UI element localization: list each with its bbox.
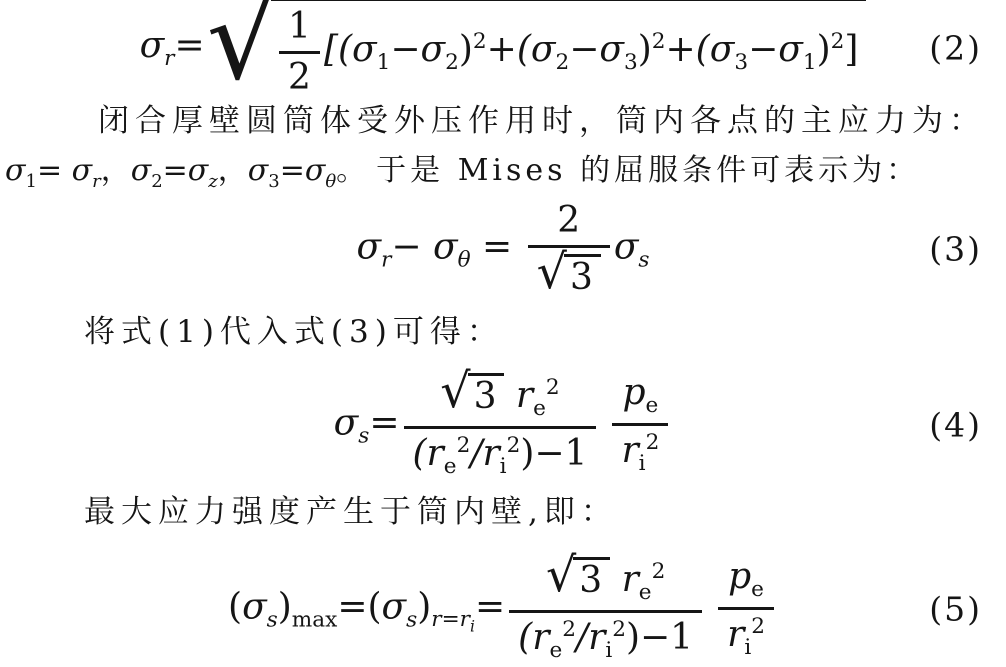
r-variable: r [516,375,533,416]
superscript: 2 [473,29,487,54]
equation-number-4: (4) [929,406,982,445]
math-term: )−1 [520,433,587,474]
equation-2-math: σr=√12[(σ1−σ2)2+(σ2−σ3)2+(σ3−σ1)2] [140,0,867,98]
numerator: √3 re2 [509,555,702,613]
math-term: (r [413,433,444,474]
numerator: pe [718,557,774,610]
radicand: 3 [573,557,610,599]
subscript: i [500,454,507,479]
math-term: +(σ [487,29,556,70]
comma: ， [101,153,131,188]
equation-5: (σs)max=(σs)r=ri=√3 re2(re2/ri2)−1peri2 … [0,550,1006,667]
radical-sign: √ [537,254,567,291]
paragraph-1-line-2: σ1= σr，σ2=σz，σ3=σθ。于是 Mises 的屈服条件可表示为： [5,150,920,194]
radicand: 12[(σ1−σ2)2+(σ2−σ3)2+(σ3−σ1)2] [271,0,866,98]
math-term: −σ [390,29,445,70]
equals-sign: = [471,226,524,267]
open-paren: ( [368,586,382,627]
equation-number-5: (5) [929,590,982,629]
equation-3: σr− σθ = 2√3σs (3) [0,200,1006,298]
equation-2: σr=√12[(σ1−σ2)2+(σ2−σ3)2+(σ3−σ1)2] (2) [0,0,1006,96]
sigma-variable: σ [140,25,165,66]
square-root: √3 [537,254,601,296]
math-term: +(σ [666,29,735,70]
comma: ， [218,153,248,188]
p-variable: p [622,372,645,413]
subscript: 3 [624,50,638,75]
sigma-variable: σ [188,153,208,188]
r-variable: r [727,614,744,655]
subscript-condition: r=ri [431,607,475,632]
subscript: i [639,451,646,476]
numerator: 2 [528,201,610,248]
subscript: e [549,638,562,663]
sigma-variable: σ [5,153,25,188]
sigma-variable: σ [242,586,267,627]
denominator: ri2 [718,610,774,661]
superscript: 2 [457,433,471,458]
math-term: (r [518,617,549,658]
math-term: /r [576,617,605,658]
equals-sign: = [280,153,305,188]
equation-5-math: (σs)max=(σs)r=ri=√3 re2(re2/ri2)−1peri2 [228,555,778,664]
close-paren: ) [278,586,292,627]
math-term: [(σ [324,29,377,70]
equation-4-math: σs=√3 re2(re2/ri2)−1peri2 [334,371,673,480]
sigma-variable: σ [248,153,268,188]
equation-number-3: (3) [929,230,982,269]
denominator: (re2/ri2)−1 [509,613,702,664]
subscript: θ [458,247,471,272]
superscript: 2 [652,29,666,54]
fraction-main: √3 re2(re2/ri2)−1 [509,555,702,664]
subscript: r [164,46,174,71]
subscript: e [444,454,457,479]
subscript: e [646,393,659,418]
denominator: ri2 [612,426,668,477]
math-term: r=r [431,607,470,632]
superscript: 2 [507,433,521,458]
subscript: θ [325,171,336,192]
sigma-variable: σ [356,226,381,267]
math-term: ) [459,29,473,70]
superscript: 2 [831,29,845,54]
radicand: 3 [468,373,505,415]
numerator: 1 [279,7,320,54]
equals-sign: = [175,25,205,66]
sigma-variable: σ [305,153,325,188]
equation-4: σs=√3 re2(re2/ri2)−1peri2 (4) [0,366,1006,484]
paragraph-1-line-1: 闭合厚壁圆筒体受外压作用时，筒内各点的主应力为： [98,100,986,143]
math-term: −σ [569,29,624,70]
close-paren: ) [417,586,431,627]
sigma-variable: σ [334,402,359,443]
superscript: 2 [612,617,626,642]
numerator: √3 re2 [404,371,597,429]
sigma-variable: σ [72,153,92,188]
period: 。 [336,153,366,188]
superscript: 2 [562,617,576,642]
equals-sign: = [369,402,399,443]
subscript: e [533,396,546,421]
open-paren: ( [228,586,242,627]
math-term: /r [470,433,499,474]
radical-sign: √ [207,0,278,83]
equals-sign: = [37,153,72,188]
radical-sign: √ [546,557,576,594]
sigma-variable: σ [433,226,458,267]
paragraph-2: 将式(1)代入式(3)可得： [84,311,504,354]
superscript: 2 [751,614,765,639]
numerator: pe [612,373,668,426]
superscript: 2 [546,375,560,400]
r-variable: r [622,559,639,600]
denominator: 2 [279,54,320,98]
fraction: 2√3 [528,201,610,298]
minus-sign: − [391,226,433,267]
subscript: s [638,247,649,272]
math-term: ) [638,29,652,70]
denominator: √3 [528,248,610,298]
r-variable: r [621,430,638,471]
equals-sign: = [337,586,367,627]
square-root: √12[(σ1−σ2)2+(σ2−σ3)2+(σ3−σ1)2] [207,0,867,98]
subscript: r [92,171,101,192]
math-term: ) [817,29,831,70]
denominator: (re2/ri2)−1 [404,429,597,480]
equation-3-math: σr− σθ = 2√3σs [356,201,649,298]
equals-sign: = [163,153,188,188]
subscript: s [406,607,417,632]
subscript: 2 [445,50,459,75]
subscript: e [751,577,764,602]
square-root: √3 [440,373,504,415]
paragraph-1-line-2-text: 于是 Mises 的屈服条件可表示为： [376,153,920,188]
sigma-variable: σ [614,226,639,267]
subscript: r [381,247,391,272]
math-term: )−1 [626,617,693,658]
subscript: 3 [734,50,748,75]
subscript-max: max [292,607,338,632]
subscript: e [639,580,652,605]
fraction-one-half: 12 [279,7,320,98]
scanned-paper-page: σr=√12[(σ1−σ2)2+(σ2−σ3)2+(σ3−σ1)2] (2) 闭… [0,0,1006,667]
paragraph-3: 最大应力强度产生于筒内壁,即： [84,491,618,534]
superscript: 2 [652,559,666,584]
superscript: 2 [646,430,660,455]
fraction-pressure: peri2 [718,557,774,661]
bracket-body: [(σ1−σ2)2+(σ2−σ3)2+(σ3−σ1)2] [324,31,858,74]
subscript: 1 [25,171,36,192]
subscript: 2 [555,50,569,75]
equation-number-2: (2) [929,29,982,68]
subscript: 1 [377,50,391,75]
subscript: 3 [268,171,279,192]
math-term: ] [844,29,858,70]
fraction-pressure: peri2 [612,373,668,477]
sigma-variable: σ [131,153,151,188]
subscript: s [358,423,369,448]
radical-sign: √ [440,373,470,410]
subscript: 1 [803,50,817,75]
p-variable: p [728,556,751,597]
subscript: 2 [151,171,162,192]
math-term: −σ [748,29,803,70]
sigma-variable: σ [382,586,407,627]
subscript: z [208,171,217,192]
radicand: 3 [564,254,601,296]
equals-sign: = [475,586,505,627]
square-root: √3 [546,557,610,599]
fraction-main: √3 re2(re2/ri2)−1 [404,371,597,480]
subscript: s [267,607,278,632]
